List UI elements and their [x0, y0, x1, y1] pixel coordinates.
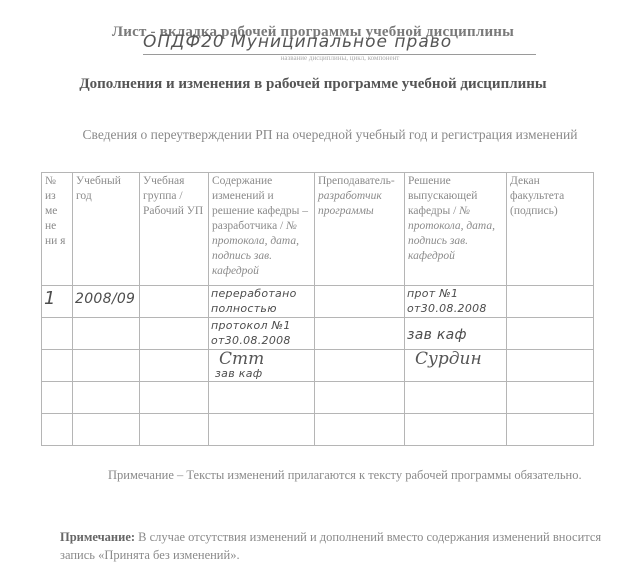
cell-content: переработано полностью [209, 286, 315, 318]
cell-group [140, 286, 209, 318]
cell-content: протокол №1 от30.08.2008 [209, 318, 315, 350]
table-row: 1 2008/09 переработано полностью прот №1… [42, 286, 594, 318]
header-cell-dean: Декан факультета (подпись) [507, 173, 594, 286]
page-heading: Дополнения и изменения в рабочей програм… [0, 76, 626, 93]
changes-table: № из ме не ни я Учебный год Учебная груп… [41, 172, 594, 446]
header-cell-teacher: Преподаватель-разработчик программы [315, 173, 405, 286]
cell-content-signature: Сmm зав каф [209, 350, 315, 382]
cell-decision: зав каф [405, 318, 507, 350]
header-cell-content: Содержание изменений и решение кафедры –… [209, 173, 315, 286]
header-cell-group: Учебная группа /Рабочий УП [140, 173, 209, 286]
header-cell-year: Учебный год [73, 173, 140, 286]
header-cell-decision: Решение выпускающей кафедры / № протокол… [405, 173, 507, 286]
note-no-changes: Примечание: В случае отсутствия изменени… [60, 528, 620, 564]
cell-decision-signature: Сурдин [405, 350, 507, 382]
note-label: Примечание: [60, 530, 135, 544]
signature: Сурдин [415, 352, 504, 367]
section-subheading: Сведения о переутверждении РП на очередн… [60, 126, 600, 143]
cell-teacher [315, 286, 405, 318]
header-cell-number: № из ме не ни я [42, 173, 73, 286]
discipline-caption: название дисциплины, цикл, компонент [0, 54, 626, 62]
table-header-row: № из ме не ни я Учебный год Учебная груп… [42, 173, 594, 286]
note-attachments: Примечание – Тексты изменений прилагаютс… [60, 466, 620, 484]
discipline-name-handwritten: ОПДФ20 Муниципальное право [143, 32, 452, 52]
table-row: протокол №1 от30.08.2008 зав каф [42, 318, 594, 350]
table-row [42, 414, 594, 446]
cell-number: 1 [42, 286, 73, 318]
signature: Сmm [219, 350, 312, 368]
table-row: Сmm зав каф Сурдин [42, 350, 594, 382]
cell-year: 2008/09 [73, 286, 140, 318]
cell-decision: прот №1 от30.08.2008 [405, 286, 507, 318]
table-row [42, 382, 594, 414]
cell-dean [507, 286, 594, 318]
